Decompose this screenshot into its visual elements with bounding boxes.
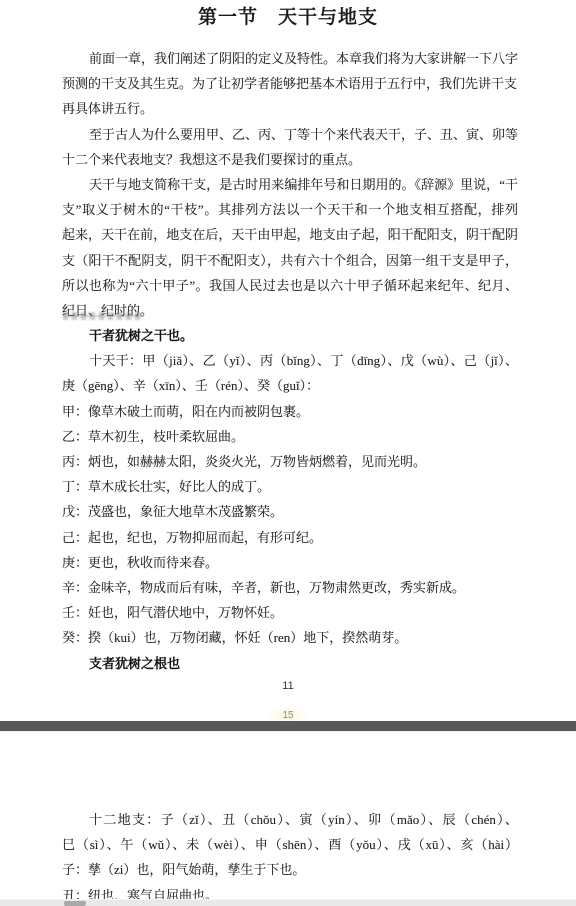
paragraph-2-line: 至于古人为什么要用甲、乙、丙、丁等十个来代表天干，子、丑、寅、卯等 [62, 122, 518, 147]
ten-stems-line: 十天干：甲（jiǎ）、乙（yǐ）、丙（bǐng）、丁（dīng）、戊（wù）、己… [62, 348, 518, 373]
page-1: 第一节 天干与地支 前面一章，我们阐述了阴阳的定义及特性。本章我们将为大家讲解一… [0, 0, 576, 721]
ten-stems-line: 庚（gēng）、辛（xīn）、壬（rén）、癸（guǐ）： [62, 373, 518, 398]
heading-gan: 干者犹树之干也。 [62, 323, 518, 348]
paragraph-3-line: 支（阳干不配阴支，阴干不配阳支），共有六十个组合，因第一组干支是甲子， [62, 248, 518, 273]
horizontal-scrollbar[interactable] [0, 899, 576, 906]
stem-definition: 戊：茂盛也，象征大地草木茂盛繁荣。 [62, 499, 518, 524]
branch-definition: 子：孳（zi）也，阳气始萌，孳生于下也。 [62, 857, 518, 882]
stem-definition: 丙：炳也，如赫赫太阳，炎炎火光，万物皆炳燃着，见而光明。 [62, 449, 518, 474]
scrollbar-thumb[interactable] [64, 901, 86, 906]
stem-definition: 癸：揆（kui）也，万物闭藏，怀妊（ren）地下，揆然萌芽。 [62, 625, 518, 650]
document-viewer: 第一节 天干与地支 前面一章，我们阐述了阴阳的定义及特性。本章我们将为大家讲解一… [0, 0, 576, 906]
heading-zhi: 支者犹树之根也 [62, 651, 518, 676]
page-number: 11 [0, 678, 576, 694]
paragraph-1-line: 前面一章，我们阐述了阴阳的定义及特性。本章我们将为大家讲解一下八字 [62, 46, 518, 71]
stem-definition: 丁：草木成长壮实，好比人的成丁。 [62, 474, 518, 499]
paragraph-2-line: 十二个来代表地支？我想这不是我们要探讨的重点。 [62, 147, 518, 172]
stem-definition: 己：起也，纪也，万物抑屈而起，有形可纪。 [62, 525, 518, 550]
stem-definition: 庚：更也，秋收而待来春。 [62, 550, 518, 575]
page-1-body: 前面一章，我们阐述了阴阳的定义及特性。本章我们将为大家讲解一下八字 预测的干支及… [0, 46, 576, 676]
stem-definition: 甲：像草木破土而萌，阳在内而被阴包裹。 [62, 399, 518, 424]
paragraph-1-line: 预测的干支及其生克。为了让初学者能够把基本术语用于五行中，我们先讲干支， [62, 71, 518, 96]
paragraph-3-line: 支”取义于树木的“干枝”。其排列方法以一个天干和一个地支相互搭配，排列 [62, 197, 518, 222]
ink-smudge [63, 312, 141, 320]
section-title: 第一节 天干与地支 [0, 6, 576, 30]
paragraph-3-line: 所以也称为“六十甲子”。我国人民过去也是以六十甲子循环起来纪年、纪月、 [62, 273, 518, 298]
stem-definition: 乙：草木初生，枝叶柔软屈曲。 [62, 424, 518, 449]
stem-definition: 辛：金味辛，物成而后有味，辛者，新也，万物肃然更改，秀实新成。 [62, 575, 518, 600]
paragraph-3-line: 起来，天干在前，地支在后，天干由甲起，地支由子起，阳干配阳支，阴干配阴 [62, 222, 518, 247]
twelve-branches-line: 巳（sì）、午（wǔ）、未（wèi）、申（shēn）、酉（yǒu）、戌（xū）、… [62, 832, 518, 857]
branch-definition: 丑：纽也，寒气自屈曲也。 [62, 883, 518, 899]
page-2: 十二地支：子（zǐ）、丑（chǒu）、寅（yín）、卯（mǎo）、辰（chén）… [0, 732, 576, 899]
page-separator [0, 721, 576, 732]
paragraph-1-line: 再具体讲五行。 [62, 96, 518, 121]
stem-definition: 壬：妊也，阳气潜伏地中，万物怀妊。 [62, 600, 518, 625]
page-2-body: 十二地支：子（zǐ）、丑（chǒu）、寅（yín）、卯（mǎo）、辰（chén）… [0, 732, 576, 899]
paragraph-3-line: 天干与地支简称干支，是古时用来编排年号和日期用的。《辞源》里说，“干 [62, 172, 518, 197]
printed-folio-number: 15 [0, 709, 576, 721]
twelve-branches-line: 十二地支：子（zǐ）、丑（chǒu）、寅（yín）、卯（mǎo）、辰（chén）… [62, 807, 518, 832]
